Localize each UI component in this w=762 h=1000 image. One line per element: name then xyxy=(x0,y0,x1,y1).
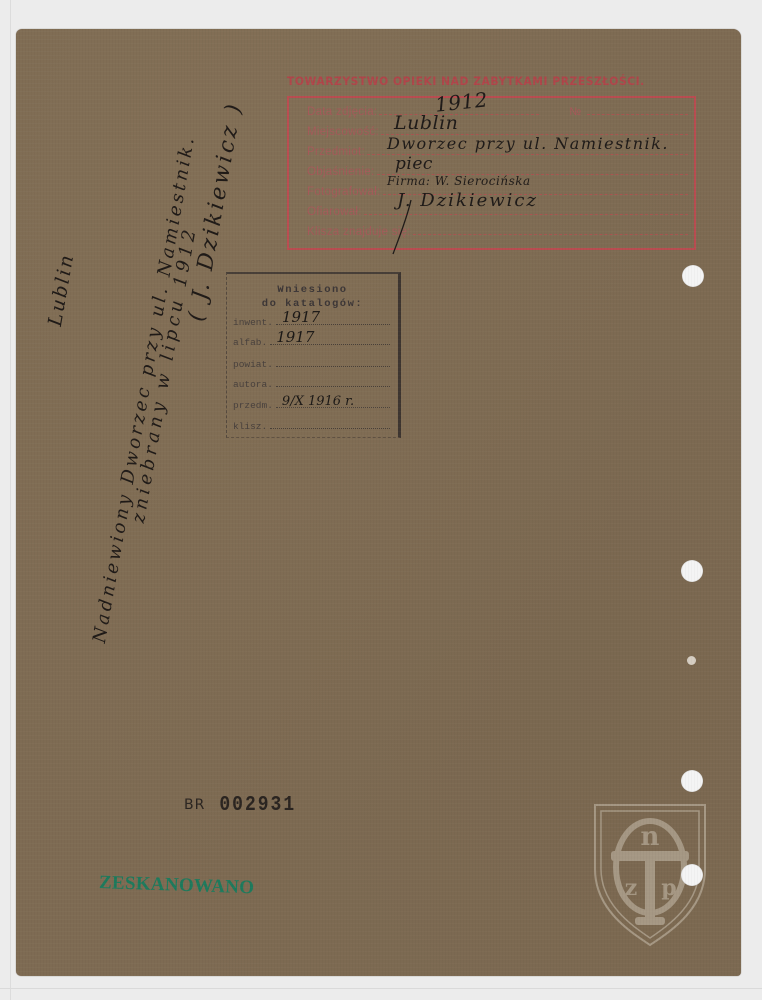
inventory-prefix: BR xyxy=(184,797,205,813)
handwriting-flourish xyxy=(389,198,419,258)
handwritten-location: Lublin xyxy=(394,112,458,134)
catalog-row-label: przedm. xyxy=(233,400,273,411)
catalog-row-label: powiat. xyxy=(233,359,273,370)
handwritten-subject: Dworzec przy ul. Namiestnik. xyxy=(387,134,669,153)
catalog-row-value: 9/X 1916 r. xyxy=(282,394,354,409)
handwritten-photographer: Firma: W. Sierocińska xyxy=(387,174,531,188)
scan-bed-edge xyxy=(10,0,11,1000)
handwritten-explanation: piec xyxy=(395,154,433,174)
catalog-row-author: autora. xyxy=(233,374,390,390)
society-form-box: Data zdjęcia: № Miejscowość: Przedmiot: … xyxy=(287,96,696,250)
catalog-card: TOWARZYSTWO OPIEKI NAD ZABYTKAMI PRZESZŁ… xyxy=(16,29,741,976)
punch-hole-partial xyxy=(687,656,696,665)
catalog-stamp-title: Wniesiono xyxy=(227,284,398,296)
svg-text:n: n xyxy=(641,822,660,852)
catalog-row-label: autora. xyxy=(233,379,273,390)
field-label: Data zdjęcia: xyxy=(307,106,377,118)
catalog-row-label: inwent. xyxy=(233,317,273,328)
scan-bed-bottom-edge xyxy=(0,988,762,989)
punch-hole xyxy=(681,560,703,582)
catalog-row-label: alfab. xyxy=(233,337,267,348)
margin-note-subject: Nadniewiony Dworzec przy ul. Namiestnik. xyxy=(89,133,199,644)
svg-text:p: p xyxy=(661,875,676,901)
catalog-row-subject: przedm. 9/X 1916 r. xyxy=(233,395,390,411)
field-label: Miejscowość: xyxy=(307,126,379,138)
field-photo-date: Data zdjęcia: № xyxy=(307,100,688,118)
catalog-row-inventory: inwent. 1917 xyxy=(233,312,390,328)
number-label: № xyxy=(569,106,581,118)
punch-hole xyxy=(681,770,703,792)
svg-text:z: z xyxy=(625,875,638,901)
catalog-row-label: klisz. xyxy=(233,421,267,432)
catalog-row-value: 1917 xyxy=(276,328,314,346)
margin-note-city: Lublin xyxy=(44,252,78,328)
catalog-row-alphabetical: alfab. 1917 xyxy=(233,332,390,348)
catalog-row-district: powiat. xyxy=(233,354,390,370)
society-header: TOWARZYSTWO OPIEKI NAD ZABYTKAMI PRZESZŁ… xyxy=(287,74,678,88)
field-label: Ofiarował: xyxy=(307,206,362,218)
scanned-stamp: ZESKANOWANO xyxy=(99,872,255,899)
catalog-stamp: Wniesiono do katalogów: inwent. 1917 alf… xyxy=(226,272,401,438)
inventory-code: BR 002931 xyxy=(184,795,296,815)
field-label: Fotografował: xyxy=(307,186,381,198)
catalog-row-negative: klisz. xyxy=(233,416,390,432)
inventory-number: 002931 xyxy=(219,793,296,817)
field-negative-location: Klisza znajduje się: xyxy=(307,220,688,238)
field-label: Objaśnienie: xyxy=(307,166,375,178)
punch-hole xyxy=(681,864,703,886)
field-label: Przedmiot: xyxy=(307,146,365,158)
catalog-row-value: 1917 xyxy=(282,308,320,326)
punch-hole xyxy=(682,265,704,287)
